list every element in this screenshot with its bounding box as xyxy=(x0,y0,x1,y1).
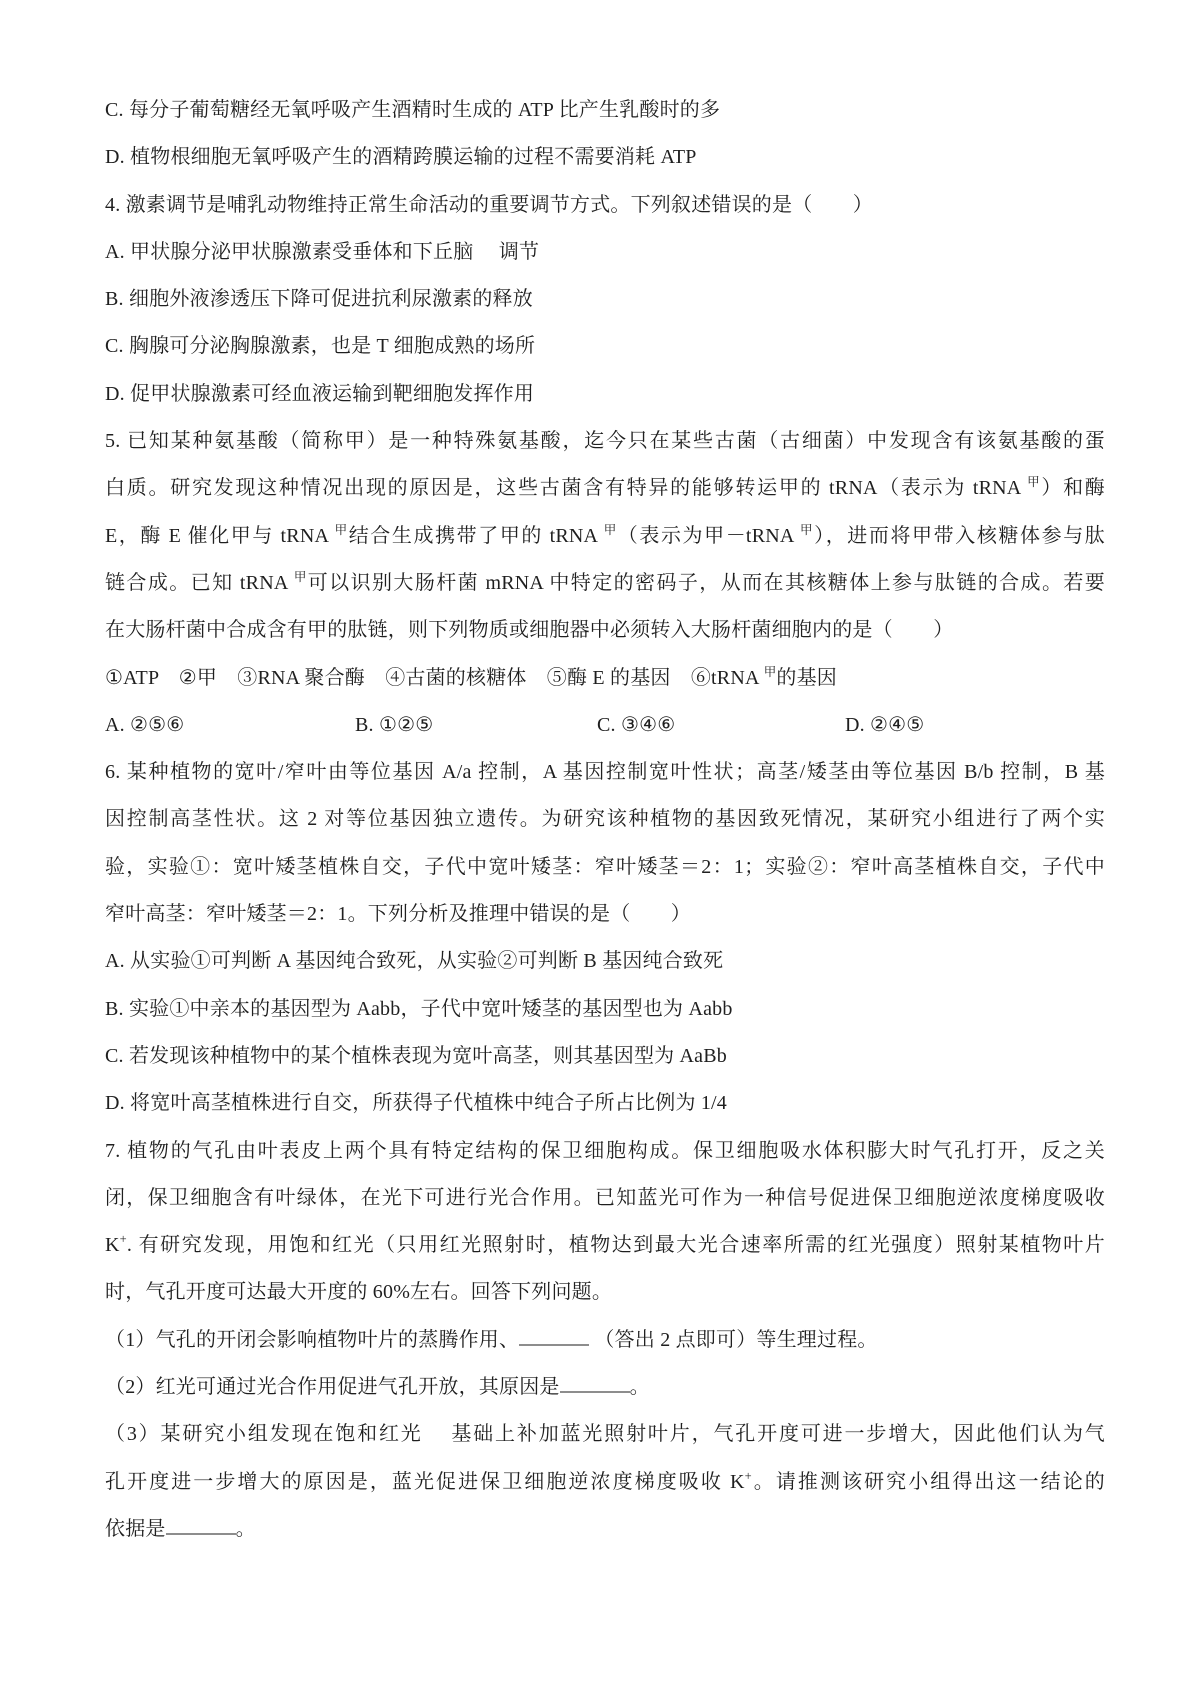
line-text: 5. 已知某种氨基酸（简称甲）是一种特殊氨基酸，迄今只在某些古菌（古细菌）中发现… xyxy=(105,430,1105,452)
q5-stem-line-5: 在大肠杆菌中合成含有甲的肽链，则下列物质或细胞器中必须转入大肠杆菌细胞内的是（ … xyxy=(105,607,1105,654)
q6-stem-line-3: 验，实验①：宽叶矮茎植株自交，子代中宽叶矮茎：窄叶矮茎＝2：1；实验②：窄叶高茎… xyxy=(105,844,1105,891)
line-text: 时，气孔开度可达最大开度的 60%左右。回答下列问题。 xyxy=(105,1281,612,1303)
q4-option-a: A. 甲状腺分泌甲状腺激素受垂体和下丘脑 调节 xyxy=(105,229,1105,276)
line-text: （答出 2 点即可）等生理过程。 xyxy=(589,1329,877,1351)
line-text: 链合成。已知 tRNA xyxy=(105,572,294,594)
superscript: 甲 xyxy=(800,523,814,537)
q7-sub3-line-3: 依据是。 xyxy=(105,1506,1105,1553)
q5-stem-line-2: 白质。研究发现这种情况出现的原因是，这些古菌含有特异的能够转运甲的 tRNA（表… xyxy=(105,465,1105,512)
q5-choices-row-choice-4: D. ②④⑤ xyxy=(845,702,924,749)
q5-stem-line-4: 链合成。已知 tRNA 甲可以识别大肠杆菌 mRNA 中特定的密码子，从而在其核… xyxy=(105,560,1105,607)
answer-blank xyxy=(519,1340,589,1346)
answer-blank xyxy=(560,1387,630,1393)
q5-stem-line-3: E，酶 E 催化甲与 tRNA 甲结合生成携带了甲的 tRNA 甲（表示为甲－t… xyxy=(105,513,1105,560)
q6-option-a: A. 从实验①可判断 A 基因纯合致死，从实验②可判断 B 基因纯合致死 xyxy=(105,938,1105,985)
line-text: C. 每分子葡萄糖经无氧呼吸产生酒精时生成的 ATP 比产生乳酸时的多 xyxy=(105,99,720,121)
line-text: 。 xyxy=(236,1518,256,1540)
q5-items-line: ①ATP ②甲 ③RNA 聚合酶 ④古菌的核糖体 ⑤酶 E 的基因 ⑥tRNA … xyxy=(105,655,1105,702)
q6-stem-line-1: 6. 某种植物的宽叶/窄叶由等位基因 A/a 控制，A 基因控制宽叶性状；高茎/… xyxy=(105,749,1105,796)
line-text: ①ATP ②甲 ③RNA 聚合酶 ④古菌的核糖体 ⑤酶 E 的基因 ⑥tRNA xyxy=(105,667,764,689)
superscript: 甲 xyxy=(764,665,777,679)
line-text: 窄叶高茎：窄叶矮茎＝2：1。下列分析及推理中错误的是（ ） xyxy=(105,903,691,925)
line-text: D. 将宽叶高茎植株进行自交，所获得子代植株中纯合子所占比例为 1/4 xyxy=(105,1092,727,1114)
line-text: （3）某研究小组发现在饱和红光 基础上补加蓝光照射叶片，气孔开度可进一步增大，因… xyxy=(105,1423,1105,1445)
answer-blank xyxy=(166,1529,236,1535)
q3-option-c: C. 每分子葡萄糖经无氧呼吸产生酒精时生成的 ATP 比产生乳酸时的多 xyxy=(105,87,1105,134)
line-text: 7. 植物的气孔由叶表皮上两个具有特定结构的保卫细胞构成。保卫细胞吸水体积膨大时… xyxy=(105,1140,1105,1162)
q7-stem-line-2: 闭，保卫细胞含有叶绿体，在光下可进行光合作用。已知蓝光可作为一种信号促进保卫细胞… xyxy=(105,1175,1105,1222)
line-text: B. 实验①中亲本的基因型为 Aabb，子代中宽叶矮茎的基因型也为 Aabb xyxy=(105,998,733,1020)
line-text: C. 胸腺可分泌胸腺激素，也是 T 细胞成熟的场所 xyxy=(105,335,535,357)
superscript: 甲 xyxy=(1027,475,1041,489)
line-text: 结合生成携带了甲的 tRNA xyxy=(349,525,604,547)
q7-sub3-line-1: （3）某研究小组发现在饱和红光 基础上补加蓝光照射叶片，气孔开度可进一步增大，因… xyxy=(105,1411,1105,1458)
q6-option-b: B. 实验①中亲本的基因型为 Aabb，子代中宽叶矮茎的基因型也为 Aabb xyxy=(105,986,1105,1033)
line-text: 4. 激素调节是哺乳动物维持正常生命活动的重要调节方式。下列叙述错误的是（ ） xyxy=(105,194,873,216)
q7-stem-line-4: 时，气孔开度可达最大开度的 60%左右。回答下列问题。 xyxy=(105,1269,1105,1316)
superscript: 甲 xyxy=(294,570,308,584)
line-text: ）和酶 xyxy=(1041,477,1105,499)
superscript: 甲 xyxy=(335,523,349,537)
superscript: 甲 xyxy=(604,523,618,537)
q7-stem-line-1: 7. 植物的气孔由叶表皮上两个具有特定结构的保卫细胞构成。保卫细胞吸水体积膨大时… xyxy=(105,1128,1105,1175)
line-text: ），进而将甲带入核糖体参与肽 xyxy=(814,525,1105,547)
line-text: 6. 某种植物的宽叶/窄叶由等位基因 A/a 控制，A 基因控制宽叶性状；高茎/… xyxy=(105,761,1105,783)
line-text: 可以识别大肠杆菌 mRNA 中特定的密码子，从而在其核糖体上参与肽链的合成。若要 xyxy=(308,572,1105,594)
line-text: D. 促甲状腺激素可经血液运输到靶细胞发挥作用 xyxy=(105,383,534,405)
line-text: 因控制高茎性状。这 2 对等位基因独立遗传。为研究该种植物的基因致死情况，某研究… xyxy=(105,808,1105,830)
line-text: 闭，保卫细胞含有叶绿体，在光下可进行光合作用。已知蓝光可作为一种信号促进保卫细胞… xyxy=(105,1187,1105,1209)
line-text: 验，实验①：宽叶矮茎植株自交，子代中宽叶矮茎：窄叶矮茎＝2：1；实验②：窄叶高茎… xyxy=(105,856,1105,878)
line-text: D. 植物根细胞无氧呼吸产生的酒精跨膜运输的过程不需要消耗 ATP xyxy=(105,146,697,168)
line-text: . 有研究发现，用饱和红光（只用红光照射时，植物达到最大光合速率所需的红光强度）… xyxy=(127,1234,1105,1256)
line-text: A. 甲状腺分泌甲状腺激素受垂体和下丘脑 调节 xyxy=(105,241,539,263)
line-text: （1）气孔的开闭会影响植物叶片的蒸腾作用、 xyxy=(105,1329,519,1351)
q5-choices-row-choice-2: B. ①②⑤ xyxy=(355,702,597,749)
q4-option-d: D. 促甲状腺激素可经血液运输到靶细胞发挥作用 xyxy=(105,371,1105,418)
q4-stem: 4. 激素调节是哺乳动物维持正常生命活动的重要调节方式。下列叙述错误的是（ ） xyxy=(105,182,1105,229)
q6-stem-line-4: 窄叶高茎：窄叶矮茎＝2：1。下列分析及推理中错误的是（ ） xyxy=(105,891,1105,938)
line-text: A. 从实验①可判断 A 基因纯合致死，从实验②可判断 B 基因纯合致死 xyxy=(105,950,723,972)
q6-stem-line-2: 因控制高茎性状。这 2 对等位基因独立遗传。为研究该种植物的基因致死情况，某研究… xyxy=(105,796,1105,843)
q5-choices-row-choice-3: C. ③④⑥ xyxy=(597,702,845,749)
q5-stem-line-1: 5. 已知某种氨基酸（简称甲）是一种特殊氨基酸，迄今只在某些古菌（古细菌）中发现… xyxy=(105,418,1105,465)
line-text: 白质。研究发现这种情况出现的原因是，这些古菌含有特异的能够转运甲的 tRNA（表… xyxy=(105,477,1027,499)
line-text: C. 若发现该种植物中的某个植株表现为宽叶高茎，则其基因型为 AaBb xyxy=(105,1045,727,1067)
line-text: 孔开度进一步增大的原因是，蓝光促进保卫细胞逆浓度梯度吸收 K xyxy=(105,1471,745,1493)
line-text: （2）红光可通过光合作用促进气孔开放，其原因是 xyxy=(105,1376,560,1398)
line-text: 在大肠杆菌中合成含有甲的肽链，则下列物质或细胞器中必须转入大肠杆菌细胞内的是（ … xyxy=(105,619,953,641)
line-text: 。 xyxy=(630,1376,650,1398)
q6-option-d: D. 将宽叶高茎植株进行自交，所获得子代植株中纯合子所占比例为 1/4 xyxy=(105,1080,1105,1127)
q7-sub1: （1）气孔的开闭会影响植物叶片的蒸腾作用、 （答出 2 点即可）等生理过程。 xyxy=(105,1317,1105,1364)
superscript: + xyxy=(745,1469,752,1483)
q5-choices-row-choice-1: A. ②⑤⑥ xyxy=(105,702,355,749)
q4-option-b: B. 细胞外液渗透压下降可促进抗利尿激素的释放 xyxy=(105,276,1105,323)
line-text: （表示为甲－tRNA xyxy=(618,525,800,547)
exam-document: C. 每分子葡萄糖经无氧呼吸产生酒精时生成的 ATP 比产生乳酸时的多D. 植物… xyxy=(105,87,1105,1553)
q3-option-d: D. 植物根细胞无氧呼吸产生的酒精跨膜运输的过程不需要消耗 ATP xyxy=(105,134,1105,181)
line-text: 。请推测该研究小组得出这一结论的 xyxy=(752,1471,1105,1493)
line-text: E，酶 E 催化甲与 tRNA xyxy=(105,525,335,547)
q7-sub2: （2）红光可通过光合作用促进气孔开放，其原因是。 xyxy=(105,1364,1105,1411)
line-text: K xyxy=(105,1234,120,1256)
line-text: B. 细胞外液渗透压下降可促进抗利尿激素的释放 xyxy=(105,288,533,310)
q7-sub3-line-2: 孔开度进一步增大的原因是，蓝光促进保卫细胞逆浓度梯度吸收 K+。请推测该研究小组… xyxy=(105,1459,1105,1506)
q7-stem-line-3: K+. 有研究发现，用饱和红光（只用红光照射时，植物达到最大光合速率所需的红光强… xyxy=(105,1222,1105,1269)
q5-choices-row: A. ②⑤⑥B. ①②⑤C. ③④⑥D. ②④⑤ xyxy=(105,702,1105,749)
line-text: 的基因 xyxy=(776,667,837,689)
superscript: + xyxy=(120,1232,127,1246)
q4-option-c: C. 胸腺可分泌胸腺激素，也是 T 细胞成熟的场所 xyxy=(105,323,1105,370)
q6-option-c: C. 若发现该种植物中的某个植株表现为宽叶高茎，则其基因型为 AaBb xyxy=(105,1033,1105,1080)
line-text: 依据是 xyxy=(105,1518,166,1540)
